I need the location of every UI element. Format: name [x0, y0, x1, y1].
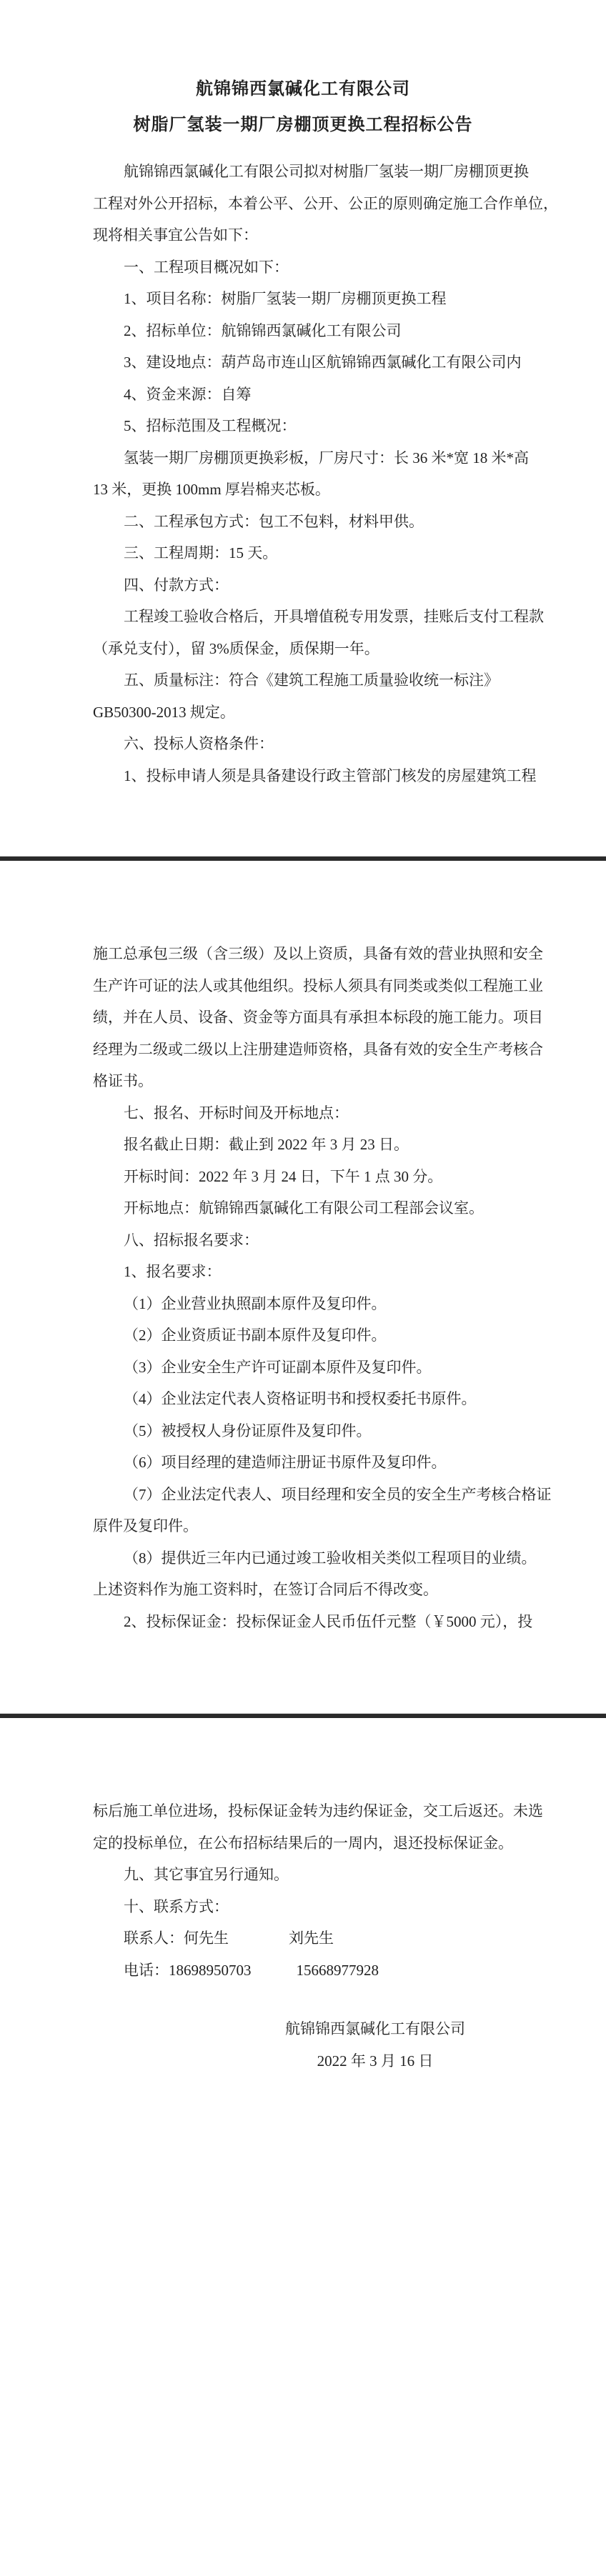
document-line: 电话：18698950703 15668977928: [0, 1955, 606, 1987]
document-line: 经理为二级或二级以上注册建造师资格，具备有效的安全生产考核合: [0, 1034, 606, 1066]
document-line: 七、报名、开标时间及开标地点：: [0, 1097, 606, 1129]
document-line: （5）被授权人身份证原件及复印件。: [0, 1415, 606, 1447]
document-title: 航锦锦西氯碱化工有限公司: [0, 71, 606, 107]
document-line: 13 米，更换 100mm 厚岩棉夹芯板。: [0, 474, 606, 506]
document-line: （承兑支付），留 3%质保金，质保期一年。: [0, 633, 606, 665]
document-line: （7）企业法定代表人、项目经理和安全员的安全生产考核合格证: [0, 1479, 606, 1511]
document-line: 定的投标单位，在公布招标结果后的一周内，退还投标保证金。: [0, 1827, 606, 1859]
document-line: 2、招标单位：航锦锦西氯碱化工有限公司: [0, 315, 606, 347]
document-line: （6）项目经理的建造师注册证书原件及复印件。: [0, 1447, 606, 1479]
page-3: 标后施工单位进场，投标保证金转为违约保证金，交工后返还。未选定的投标单位，在公布…: [0, 1718, 606, 2576]
document-line: 1、报名要求：: [0, 1256, 606, 1288]
document-line: （4）企业法定代表人资格证明书和授权委托书原件。: [0, 1383, 606, 1415]
document-line: 报名截止日期：截止到 2022 年 3 月 23 日。: [0, 1129, 606, 1161]
document-line: （8）提供近三年内已通过竣工验收相关类似工程项目的业绩。: [0, 1542, 606, 1574]
document-line: GB50300-2013 规定。: [0, 697, 606, 729]
document-line: 4、资金来源：自筹: [0, 379, 606, 411]
document-line: 开标地点：航锦锦西氯碱化工有限公司工程部会议室。: [0, 1192, 606, 1224]
document-line: 六、投标人资格条件：: [0, 728, 606, 760]
page-2: 施工总承包三级（含三级）及以上资质，具备有效的营业执照和安全生产许可证的法人或其…: [0, 861, 606, 1713]
document-line: 开标时间：2022 年 3 月 24 日，下午 1 点 30 分。: [0, 1161, 606, 1193]
document-line: 生产许可证的法人或其他组织。投标人须具有同类或类似工程施工业: [0, 970, 606, 1002]
document-line: 1、投标申请人须是具备建设行政主管部门核发的房屋建筑工程: [0, 760, 606, 792]
page-1-body: 航锦锦西氯碱化工有限公司拟对树脂厂氢装一期厂房棚顶更换工程对外公开招标，本着公平…: [0, 156, 606, 792]
document-line: 原件及复印件。: [0, 1510, 606, 1542]
document-line: （3）企业安全生产许可证副本原件及复印件。: [0, 1352, 606, 1384]
document-line: 2、投标保证金：投标保证金人民币伍仟元整（￥5000 元），投: [0, 1606, 606, 1638]
document-line: 航锦锦西氯碱化工有限公司拟对树脂厂氢装一期厂房棚顶更换: [0, 156, 606, 188]
document-line: 四、付款方式：: [0, 569, 606, 601]
document-line: 格证书。: [0, 1065, 606, 1097]
document-line: 八、招标报名要求：: [0, 1224, 606, 1257]
document-line: 5、招标范围及工程概况：: [0, 410, 606, 442]
page-1: 航锦锦西氯碱化工有限公司 树脂厂氢装一期厂房棚顶更换工程招标公告 航锦锦西氯碱化…: [0, 0, 606, 856]
document-line: 施工总承包三级（含三级）及以上资质，具备有效的营业执照和安全: [0, 938, 606, 970]
page-2-body: 施工总承包三级（含三级）及以上资质，具备有效的营业执照和安全生产许可证的法人或其…: [0, 938, 606, 1637]
document-line: 标后施工单位进场，投标保证金转为违约保证金，交工后返还。未选: [0, 1795, 606, 1827]
document-subtitle: 树脂厂氢装一期厂房棚顶更换工程招标公告: [0, 107, 606, 143]
document-line: 五、质量标注：符合《建筑工程施工质量验收统一标注》: [0, 664, 606, 697]
document: 航锦锦西氯碱化工有限公司 树脂厂氢装一期厂房棚顶更换工程招标公告 航锦锦西氯碱化…: [0, 0, 606, 2576]
document-line: 现将相关事宜公告如下：: [0, 219, 606, 251]
signature-company: 航锦锦西氯碱化工有限公司: [236, 2013, 515, 2045]
document-line: 上述资料作为施工资料时，在签订合同后不得改变。: [0, 1574, 606, 1606]
document-line: 3、建设地点：葫芦岛市连山区航锦锦西氯碱化工有限公司内: [0, 346, 606, 379]
document-line: 三、工程周期：15 天。: [0, 537, 606, 569]
document-line: 二、工程承包方式：包工不包料，材料甲供。: [0, 506, 606, 538]
signature-block: 航锦锦西氯碱化工有限公司 2022 年 3 月 16 日: [236, 2013, 515, 2077]
document-line: （2）企业资质证书副本原件及复印件。: [0, 1319, 606, 1352]
document-line: 1、项目名称：树脂厂氢装一期厂房棚顶更换工程: [0, 283, 606, 315]
page-break-divider-2: [0, 1713, 606, 1718]
document-line: 一、工程项目概况如下：: [0, 251, 606, 284]
document-line: 九、其它事宜另行通知。: [0, 1859, 606, 1891]
page-break-divider-1: [0, 856, 606, 861]
document-line: 联系人：何先生 刘先生: [0, 1922, 606, 1955]
page-3-body: 标后施工单位进场，投标保证金转为违约保证金，交工后返还。未选定的投标单位，在公布…: [0, 1795, 606, 1986]
document-line: 工程对外公开招标，本着公平、公开、公正的原则确定施工合作单位，: [0, 188, 606, 220]
signature-date: 2022 年 3 月 16 日: [236, 2045, 515, 2077]
document-line: 工程竣工验收合格后，开具增值税专用发票，挂账后支付工程款: [0, 601, 606, 633]
document-line: 氢装一期厂房棚顶更换彩板，厂房尺寸：长 36 米*宽 18 米*高: [0, 442, 606, 474]
document-line: 绩，并在人员、设备、资金等方面具有承担本标段的施工能力。项目: [0, 1002, 606, 1034]
document-line: （1）企业营业执照副本原件及复印件。: [0, 1288, 606, 1320]
document-line: 十、联系方式：: [0, 1891, 606, 1923]
